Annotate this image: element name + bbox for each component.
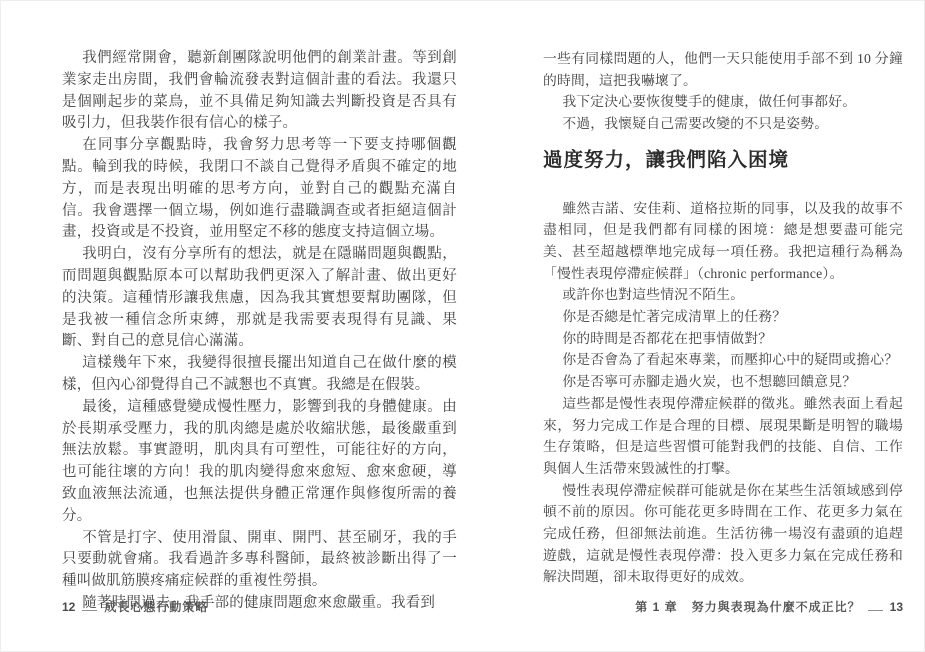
right-page-intro: 一些有同樣問題的人，他們一天只能使用手部不到 10 分鐘的時間，這把我嚇壞了。我… [543,48,903,135]
body-paragraph: 你是否總是忙著完成清單上的任務？ [543,306,903,328]
body-paragraph: 最後，這種感覺變成慢性壓力，影響到我的身體健康。由於長期承受壓力，我的肌肉總是處… [62,397,457,528]
body-paragraph: 你是否會為了看起來專業，而壓抑心中的疑問或擔心？ [543,349,903,371]
page-number-left: 12 [62,600,75,614]
body-paragraph: 雖然吉諾、安佳莉、道格拉斯的同事，以及我的故事不盡相同，但是我們都有同樣的困境：… [543,198,903,285]
book-title: 成長心態行動策略 [104,600,208,614]
body-paragraph: 你是否寧可赤腳走過火炭，也不想聽回饋意見？ [543,371,903,393]
right-page-footer: 第 1 章努力與表現為什麼不成正比？13 [635,598,903,615]
body-paragraph: 你的時間是否都花在把事情做對？ [543,328,903,350]
right-page-section: 雖然吉諾、安佳莉、道格拉斯的同事，以及我的故事不盡相同，但是我們都有同樣的困境：… [543,198,903,589]
section-heading: 過度努力，讓我們陷入困境 [543,150,903,172]
body-paragraph: 不管是打字、使用滑鼠、開車、開門、甚至刷牙，我的手只要動就會痛。我看過許多專科醫… [62,528,457,593]
page-number-right: 13 [890,600,903,614]
footer-rule [868,606,883,611]
body-paragraph: 這些都是慢性表現停滯症候群的徵兆。雖然表面上看起來，努力完成工作是合理的目標、展… [543,393,903,480]
body-paragraph: 一些有同樣問題的人，他們一天只能使用手部不到 10 分鐘的時間，這把我嚇壞了。 [543,48,903,91]
chapter-label: 第 1 章 [635,600,677,614]
body-paragraph: 我們經常開會，聽新創團隊說明他們的創業計畫。等到創業家走出房間，我們會輪流發表對… [62,48,457,135]
book-spread: 我們經常開會，聽新創團隊說明他們的創業計畫。等到創業家走出房間，我們會輪流發表對… [0,0,925,652]
left-page-text: 我們經常開會，聽新創團隊說明他們的創業計畫。等到創業家走出房間，我們會輪流發表對… [62,48,457,615]
right-page-text: 一些有同樣問題的人，他們一天只能使用手部不到 10 分鐘的時間，這把我嚇壞了。我… [543,48,903,588]
body-paragraph: 不過，我懷疑自己需要改變的不只是姿勢。 [543,113,903,135]
left-page-footer: 12成長心態行動策略 [62,598,208,615]
footer-rule [82,606,97,611]
body-paragraph: 或許你也對這些情況不陌生。 [543,284,903,306]
body-paragraph: 我下定決心要恢復雙手的健康，做任何事都好。 [543,91,903,113]
body-paragraph: 在同事分享觀點時，我會努力思考等一下要支持哪個觀點。輪到我的時候，我閉口不談自己… [62,135,457,244]
body-paragraph: 我明白，沒有分享所有的想法，就是在隱瞞問題與觀點，而問題與觀點原本可以幫助我們更… [62,244,457,353]
chapter-title: 努力與表現為什麼不成正比？ [692,600,861,614]
body-paragraph: 這樣幾年下來，我變得很擅長擺出知道自己在做什麼的模樣，但內心卻覺得自己不誠懇也不… [62,353,457,397]
body-paragraph: 慢性表現停滯症候群可能就是你在某些生活領域感到停頓不前的原因。你可能花更多時間在… [543,480,903,589]
